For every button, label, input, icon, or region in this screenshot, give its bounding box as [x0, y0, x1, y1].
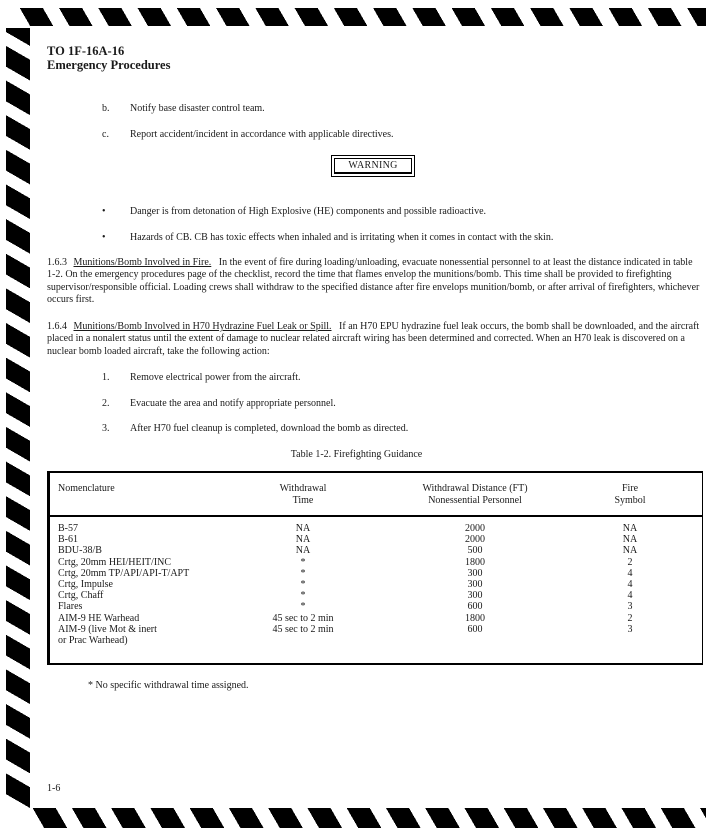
cell-withdrawal-time: 45 sec to 2 min [248, 613, 358, 624]
cell-nomenclature: Crtg, 20mm TP/API/API-T/APT [58, 568, 238, 579]
bullet-text: Hazards of CB. CB has toxic effects when… [130, 232, 553, 244]
table-row: Crtg, Impulse*3004 [50, 579, 702, 590]
step-text: Evacuate the area and notify appropriate… [130, 398, 336, 410]
cell-fire-symbol: 3 [590, 601, 670, 612]
step-text: After H70 fuel cleanup is completed, dow… [130, 423, 408, 435]
table-row: B-57NA2000NA [50, 523, 702, 534]
cell-withdrawal-time: * [248, 579, 358, 590]
header-withdrawal-distance: Withdrawal Distance (FT) Nonessential Pe… [375, 483, 575, 507]
cell-withdrawal-distance: 300 [375, 590, 575, 601]
section-heading: Munitions/Bomb Involved in Fire. [74, 257, 212, 268]
step-text: Notify base disaster control team. [130, 103, 265, 115]
table-row: Flares*6003 [50, 601, 702, 612]
cell-withdrawal-distance: 300 [375, 579, 575, 590]
hazard-stripe-left [6, 28, 30, 808]
step-mark: b. [102, 103, 110, 115]
cell-nomenclature: Crtg, 20mm HEI/HEIT/INC [58, 557, 238, 568]
cell-nomenclature: Crtg, Impulse [58, 579, 238, 590]
table-row: or Prac Warhead) [50, 635, 702, 646]
table-row: BDU-38/BNA500NA [50, 545, 702, 556]
cell-withdrawal-distance: 2000 [375, 523, 575, 534]
cell-nomenclature: Crtg, Chaff [58, 590, 238, 601]
cell-nomenclature: B-57 [58, 523, 238, 534]
cell-withdrawal-time: * [248, 601, 358, 612]
cell-fire-symbol: 2 [590, 557, 670, 568]
cell-fire-symbol: 4 [590, 590, 670, 601]
bullet-icon: • [102, 206, 106, 218]
hazard-stripe-bottom [28, 808, 706, 828]
cell-withdrawal-time: * [248, 568, 358, 579]
header-divider [50, 515, 702, 517]
cell-fire-symbol: 2 [590, 613, 670, 624]
cell-withdrawal-time: 45 sec to 2 min [248, 624, 358, 635]
step-mark: c. [102, 129, 109, 141]
step-mark: 3. [102, 423, 110, 435]
cell-nomenclature: AIM-9 (live Mot & inert [58, 624, 238, 635]
cell-withdrawal-time: NA [248, 523, 358, 534]
cell-withdrawal-distance: 500 [375, 545, 575, 556]
section-number: 1.6.4 [47, 321, 67, 332]
step-mark: 1. [102, 372, 110, 384]
warning-box: WARNING [331, 155, 415, 177]
header-withdrawal-time: Withdrawal Time [248, 483, 358, 507]
table-row: Crtg, 20mm HEI/HEIT/INC*18002 [50, 557, 702, 568]
cell-fire-symbol: 4 [590, 579, 670, 590]
table-caption: Table 1-2. Firefighting Guidance [0, 449, 713, 460]
cell-withdrawal-distance: 1800 [375, 557, 575, 568]
warning-label: WARNING [334, 158, 412, 174]
section-heading: Munitions/Bomb Involved in H70 Hydrazine… [74, 321, 332, 332]
cell-nomenclature: AIM-9 HE Warhead [58, 613, 238, 624]
cell-withdrawal-distance: 1800 [375, 613, 575, 624]
cell-withdrawal-distance: 600 [375, 601, 575, 612]
cell-nomenclature: B-61 [58, 534, 238, 545]
header-nomenclature: Nomenclature [58, 483, 238, 495]
table-row: AIM-9 (live Mot & inert45 sec to 2 min60… [50, 624, 702, 635]
section-title: Emergency Procedures [47, 58, 170, 72]
cell-nomenclature: Flares [58, 601, 238, 612]
cell-withdrawal-time: NA [248, 545, 358, 556]
cell-fire-symbol: NA [590, 523, 670, 534]
step-text: Remove electrical power from the aircraf… [130, 372, 300, 384]
cell-withdrawal-distance: 300 [375, 568, 575, 579]
bullet-icon: • [102, 232, 106, 244]
hazard-stripe-top [14, 8, 706, 26]
section-number: 1.6.3 [47, 257, 67, 268]
table-row: Crtg, Chaff*3004 [50, 590, 702, 601]
cell-withdrawal-time: * [248, 590, 358, 601]
cell-fire-symbol: NA [590, 534, 670, 545]
doc-id: TO 1F-16A-16 [47, 44, 170, 58]
step-mark: 2. [102, 398, 110, 410]
cell-nomenclature: or Prac Warhead) [58, 635, 238, 646]
page-number: 1-6 [47, 783, 60, 794]
table-row: Crtg, 20mm TP/API/API-T/APT*3004 [50, 568, 702, 579]
cell-fire-symbol: 3 [590, 624, 670, 635]
bullet-text: Danger is from detonation of High Explos… [130, 206, 486, 218]
table-row: AIM-9 HE Warhead45 sec to 2 min18002 [50, 613, 702, 624]
cell-withdrawal-time: * [248, 557, 358, 568]
step-text: Report accident/incident in accordance w… [130, 129, 394, 141]
header-fire-symbol: Fire Symbol [590, 483, 670, 507]
firefighting-guidance-table: Nomenclature Withdrawal Time Withdrawal … [47, 471, 703, 665]
cell-withdrawal-time: NA [248, 534, 358, 545]
section-1-6-4: 1.6.4 Munitions/Bomb Involved in H70 Hyd… [47, 321, 702, 358]
table-footnote: * No specific withdrawal time assigned. [88, 680, 249, 691]
cell-fire-symbol: NA [590, 545, 670, 556]
cell-withdrawal-distance: 2000 [375, 534, 575, 545]
cell-nomenclature: BDU-38/B [58, 545, 238, 556]
cell-fire-symbol: 4 [590, 568, 670, 579]
cell-withdrawal-distance: 600 [375, 624, 575, 635]
document-page: TO 1F-16A-16 Emergency Procedures b. Not… [0, 0, 713, 835]
section-1-6-3: 1.6.3 Munitions/Bomb Involved in Fire. I… [47, 257, 702, 307]
table-row: B-61NA2000NA [50, 534, 702, 545]
page-header: TO 1F-16A-16 Emergency Procedures [47, 44, 170, 72]
